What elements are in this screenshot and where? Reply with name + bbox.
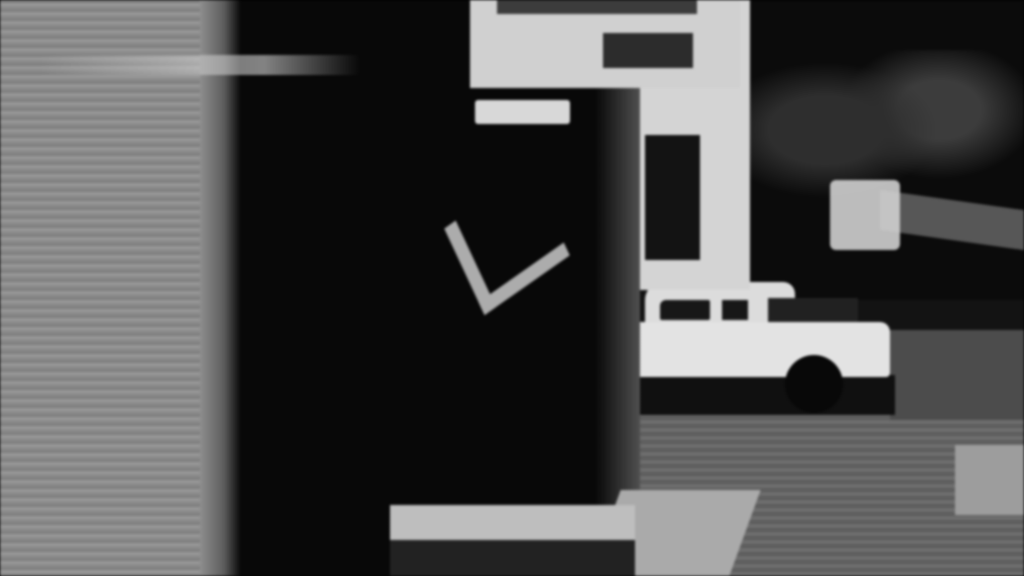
step-shadow [390,540,635,576]
truck-bed [768,298,858,322]
truck-shadow [625,375,895,415]
truck-rear-window [722,300,748,320]
driveway [890,330,1024,420]
security-camera-still [0,0,1024,576]
door-handle-bar [475,100,570,124]
door-frame-edge [595,85,640,515]
door-header-bar [497,0,697,14]
pickup-truck [628,322,890,377]
distant-vehicle [830,180,900,250]
camera-overlay-text [40,55,360,75]
footpath [955,445,1024,515]
transom-window [603,33,693,68]
pillar-shadow [645,135,700,260]
entry-step [390,505,635,545]
truck-front-window [660,300,710,320]
truck-wheel [785,355,843,413]
wall-edge [200,0,240,576]
